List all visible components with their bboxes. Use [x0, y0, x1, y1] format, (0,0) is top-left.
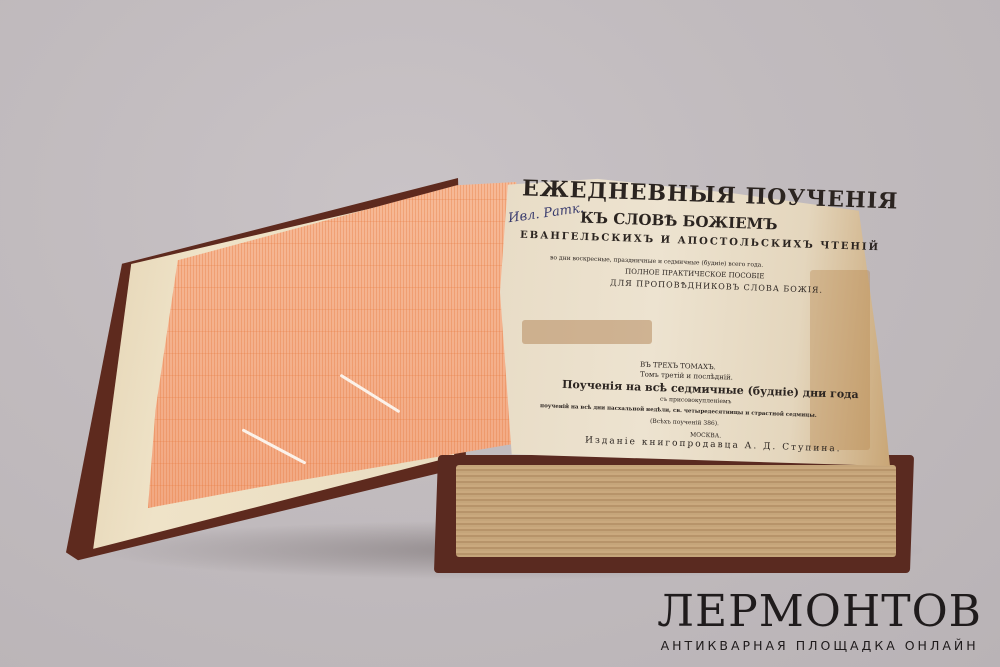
watermark-title: ЛЕРМОНТОВ [657, 590, 982, 634]
title-line-13: МОСКВА. [690, 431, 721, 439]
edge-stain [810, 270, 870, 450]
page-block-edge [456, 465, 896, 557]
photo-scene: Ивл. Ратк. ЕЖЕДНЕВНЫЯ ПОУЧЕНІЯ КЪ СЛОВѢ … [0, 0, 1000, 667]
lermontov-watermark: ЛЕРМОНТОВ АНТИКВАРНАЯ ПЛОЩАДКА ОНЛАЙН [657, 590, 982, 653]
watermark-subtitle: АНТИКВАРНАЯ ПЛОЩАДКА ОНЛАЙН [657, 638, 982, 653]
tape-stain [522, 320, 652, 344]
